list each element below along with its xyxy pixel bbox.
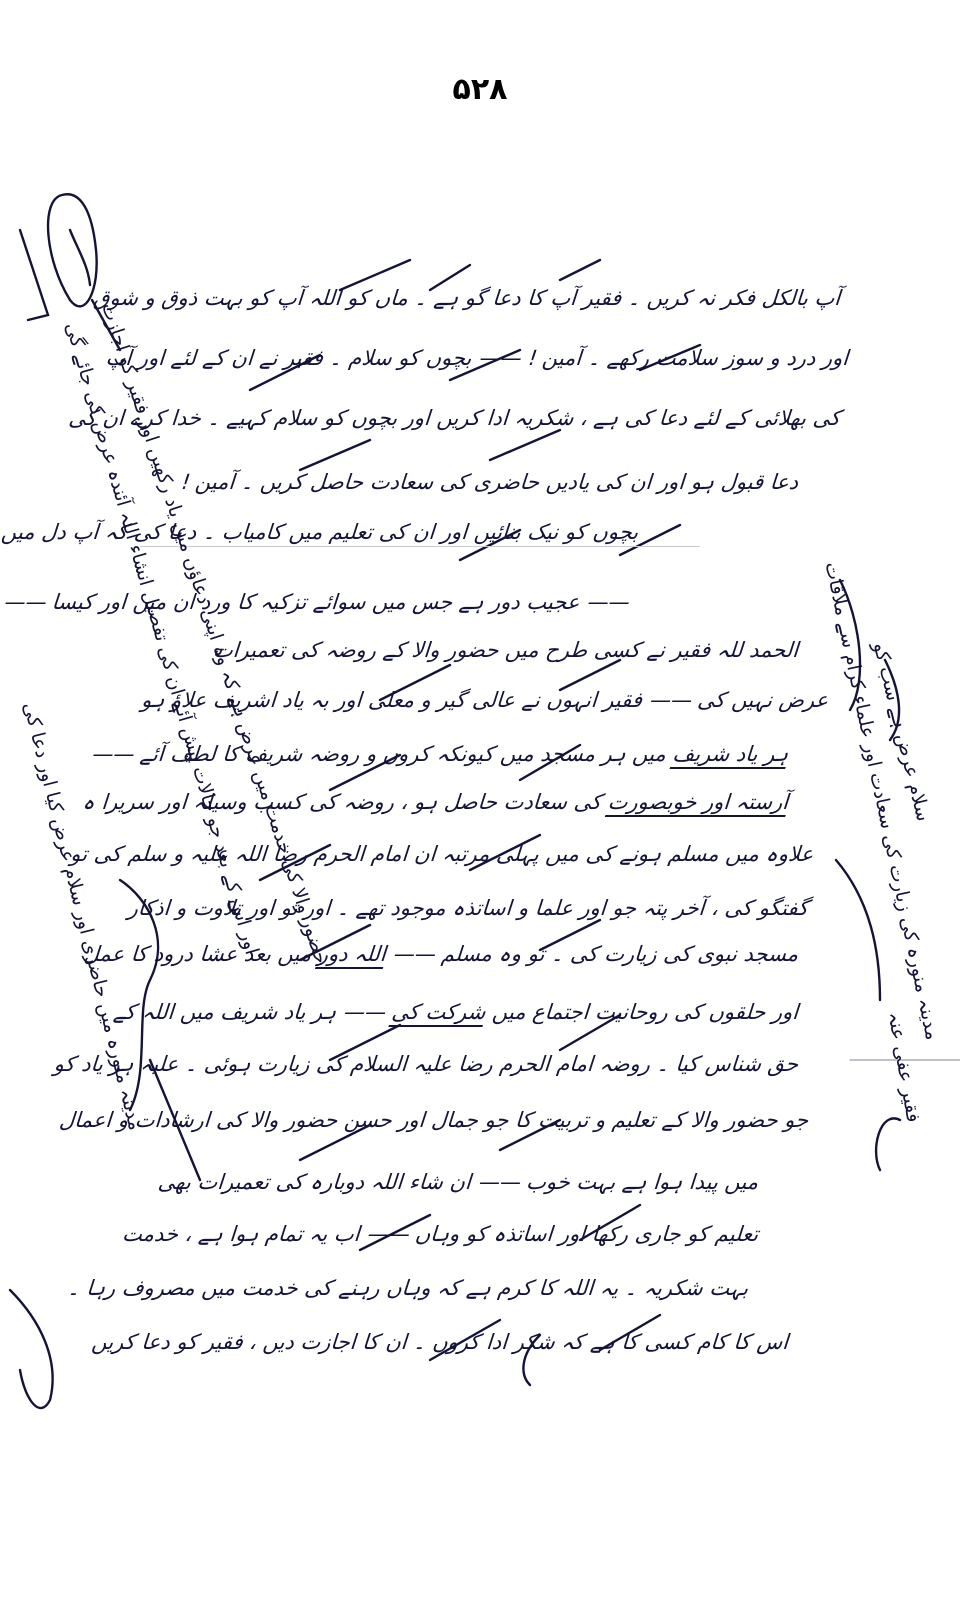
page-number: ۵۲۸ xyxy=(430,72,530,107)
text-line: بہت شکریہ ۔ یہ اللہ کا کرم ہے کہ وہاں رہ… xyxy=(186,1276,754,1300)
text-line: اس کا کام کسی کا ہے کہ شکر ادا کروں ۔ ان… xyxy=(166,1330,794,1354)
text-line: ہر یاد شریف میں ہر مسجد میں کیونکہ کروں … xyxy=(176,742,794,766)
underlined-phrase: شرکت کی xyxy=(389,1000,491,1024)
faint-ruled-line xyxy=(140,546,700,547)
manuscript-page: ۵۲۸ xyxy=(0,0,960,1615)
text-line: میں پیدا ہوا ہے بہت خوب —— ان شاء اللہ د… xyxy=(196,1170,764,1194)
text-line: عرض نہیں کی —— فقیر انہوں نے عالی گیر و … xyxy=(206,688,834,712)
text-line: دعا قبول ہو اور ان کی یادیں حاضری کی سعا… xyxy=(176,470,804,494)
text-line: علاوہ میں مسلم ہونے کی میں پہلی مرتبہ ان… xyxy=(171,842,819,866)
text-line: گفتگو کی ، آخر پتہ جو اور علما و اساتذہ … xyxy=(166,896,814,920)
text-line: تعلیم کو جاری رکھا اور اساتذہ کو وہاں ——… xyxy=(196,1222,764,1246)
text-line: آپ بالکل فکر نہ کریں ۔ فقیر آپ کا دعا گو… xyxy=(138,286,846,310)
text-line: الحمد للہ فقیر نے کسی طرح میں حضور والا … xyxy=(216,638,804,662)
text-line: جو حضور والا کے تعلیم و تربیت کا جو جمال… xyxy=(166,1108,814,1132)
text-line: —— عجیب دور ہے جس میں سوائے تزکیہ کا ورد… xyxy=(206,590,634,614)
text-line: اور درد و سوز سلامت رکھے ۔ آمین ! —— بچو… xyxy=(146,346,854,370)
underlined-phrase: ہر یاد شریف xyxy=(670,742,793,766)
text-line: مسجد نبوی کی زیارت کی ۔ تو وہ مسلم —— ال… xyxy=(176,942,804,966)
margin-note: حضور والا کی خدمت میں عرض ہے کہ وہ اپنی … xyxy=(97,300,332,967)
underlined-phrase: آرستہ اور خوبصورت xyxy=(606,790,794,814)
text-line: کی بھلائی کے لئے دعا کی ہے ، شکریہ ادا ک… xyxy=(138,406,846,430)
loop-flourish xyxy=(48,194,97,306)
text-line: اور حلقوں کی روحانیت اجتماع میں شرکت کی … xyxy=(176,1000,804,1024)
text-line: حق شناس کیا ۔ روضہ امام الحرم رضا علیہ ا… xyxy=(176,1052,804,1076)
